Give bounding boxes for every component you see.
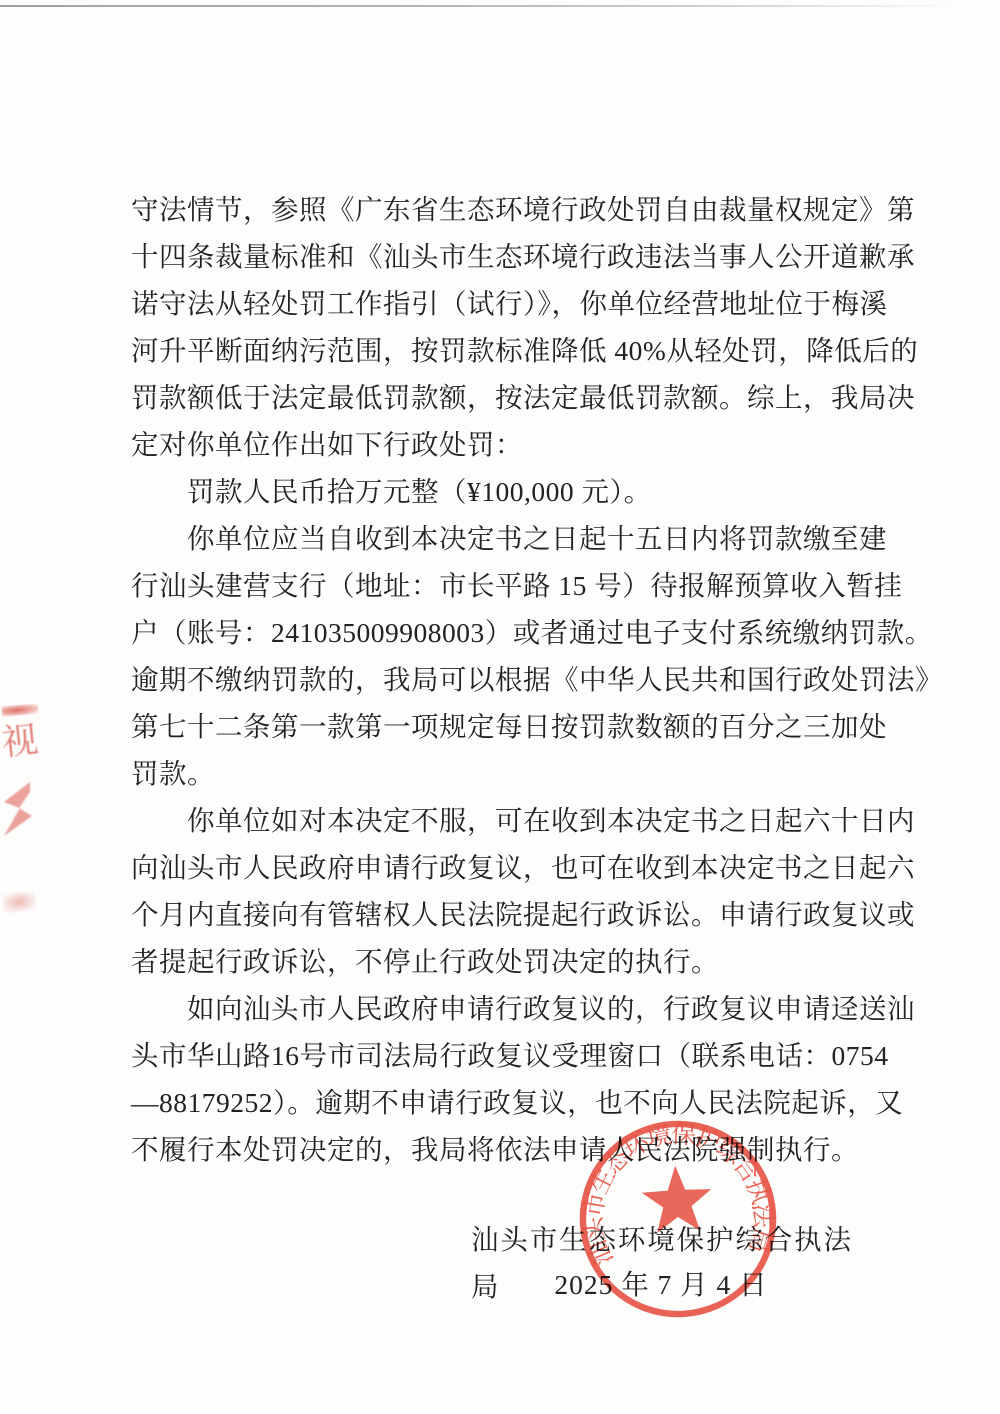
text-line: 你单位应当自收到本决定书之日起十五日内将罚款缴至建 <box>131 515 872 562</box>
text-line: 如向汕头市人民政府申请行政复议的，行政复议申请迳送汕 <box>131 985 872 1032</box>
text-line: 第七十二条第一款第一项规定每日按罚款数额的百分之三加处 <box>131 703 872 750</box>
text-line: 定对你单位作出如下行政处罚： <box>131 421 872 468</box>
text-line: 你单位如对本决定不服，可在收到本决定书之日起六十日内 <box>131 797 872 844</box>
text-line: 罚款人民币拾万元整（¥100,000 元）。 <box>131 468 872 515</box>
text-line: 守法情节，参照《广东省生态环境行政处罚自由裁量权规定》第 <box>131 186 872 233</box>
text-line: 十四条裁量标准和《汕头市生态环境行政违法当事人公开道歉承 <box>131 233 872 280</box>
text-line: 罚款额低于法定最低罚款额，按法定最低罚款额。综上，我局决 <box>131 374 872 421</box>
text-line: 河升平断面纳污范围，按罚款标准降低 40%从轻处罚，降低后的 <box>131 327 872 374</box>
text-line: —88179252）。逾期不申请行政复议，也不向人民法院起诉，又 <box>131 1079 872 1126</box>
text-line: 头市华山路16号市司法局行政复议受理窗口（联系电话：0754 <box>131 1032 872 1079</box>
text-line: 向汕头市人民政府申请行政复议，也可在收到本决定书之日起六 <box>131 844 872 891</box>
text-line: 逾期不缴纳罚款的，我局可以根据《中华人民共和国行政处罚法》 <box>131 656 872 703</box>
text-line: 者提起行政诉讼，不停止行政处罚决定的执行。 <box>131 938 872 985</box>
scan-artifact-top-line <box>0 5 1000 7</box>
text-line: 行汕头建营支行（地址：市长平路 15 号）待报解预算收入暂挂 <box>131 562 872 609</box>
edge-red-smudge-mark <box>2 891 36 913</box>
body-text: 守法情节，参照《广东省生态环境行政处罚自由裁量权规定》第十四条裁量标准和《汕头市… <box>131 186 872 1173</box>
scanned-document-page: 守法情节，参照《广东省生态环境行政处罚自由裁量权规定》第十四条裁量标准和《汕头市… <box>0 0 1000 1414</box>
text-line: 罚款。 <box>131 750 872 797</box>
issue-date: 2025 年 7 月 4 日 <box>471 1263 851 1307</box>
signature-block: 汕头市生态环境保护综合执法局 2025 年 7 月 4 日 <box>471 1216 851 1307</box>
issuing-agency: 汕头市生态环境保护综合执法局 <box>471 1216 851 1263</box>
text-line: 诺守法从轻处罚工作指引（试行）》，你单位经营地址位于梅溪 <box>131 280 872 327</box>
text-line: 户（账号：241035009908003）或者通过电子支付系统缴纳罚款。 <box>131 609 872 656</box>
text-line: 个月内直接向有管辖权人民法院提起行政诉讼。申请行政复议或 <box>131 891 872 938</box>
edge-red-glyph-mark: 视 <box>0 714 41 769</box>
edge-red-chevron-mark <box>0 780 34 840</box>
text-line: 不履行本处罚决定的，我局将依法申请人民法院强制执行。 <box>131 1126 872 1173</box>
